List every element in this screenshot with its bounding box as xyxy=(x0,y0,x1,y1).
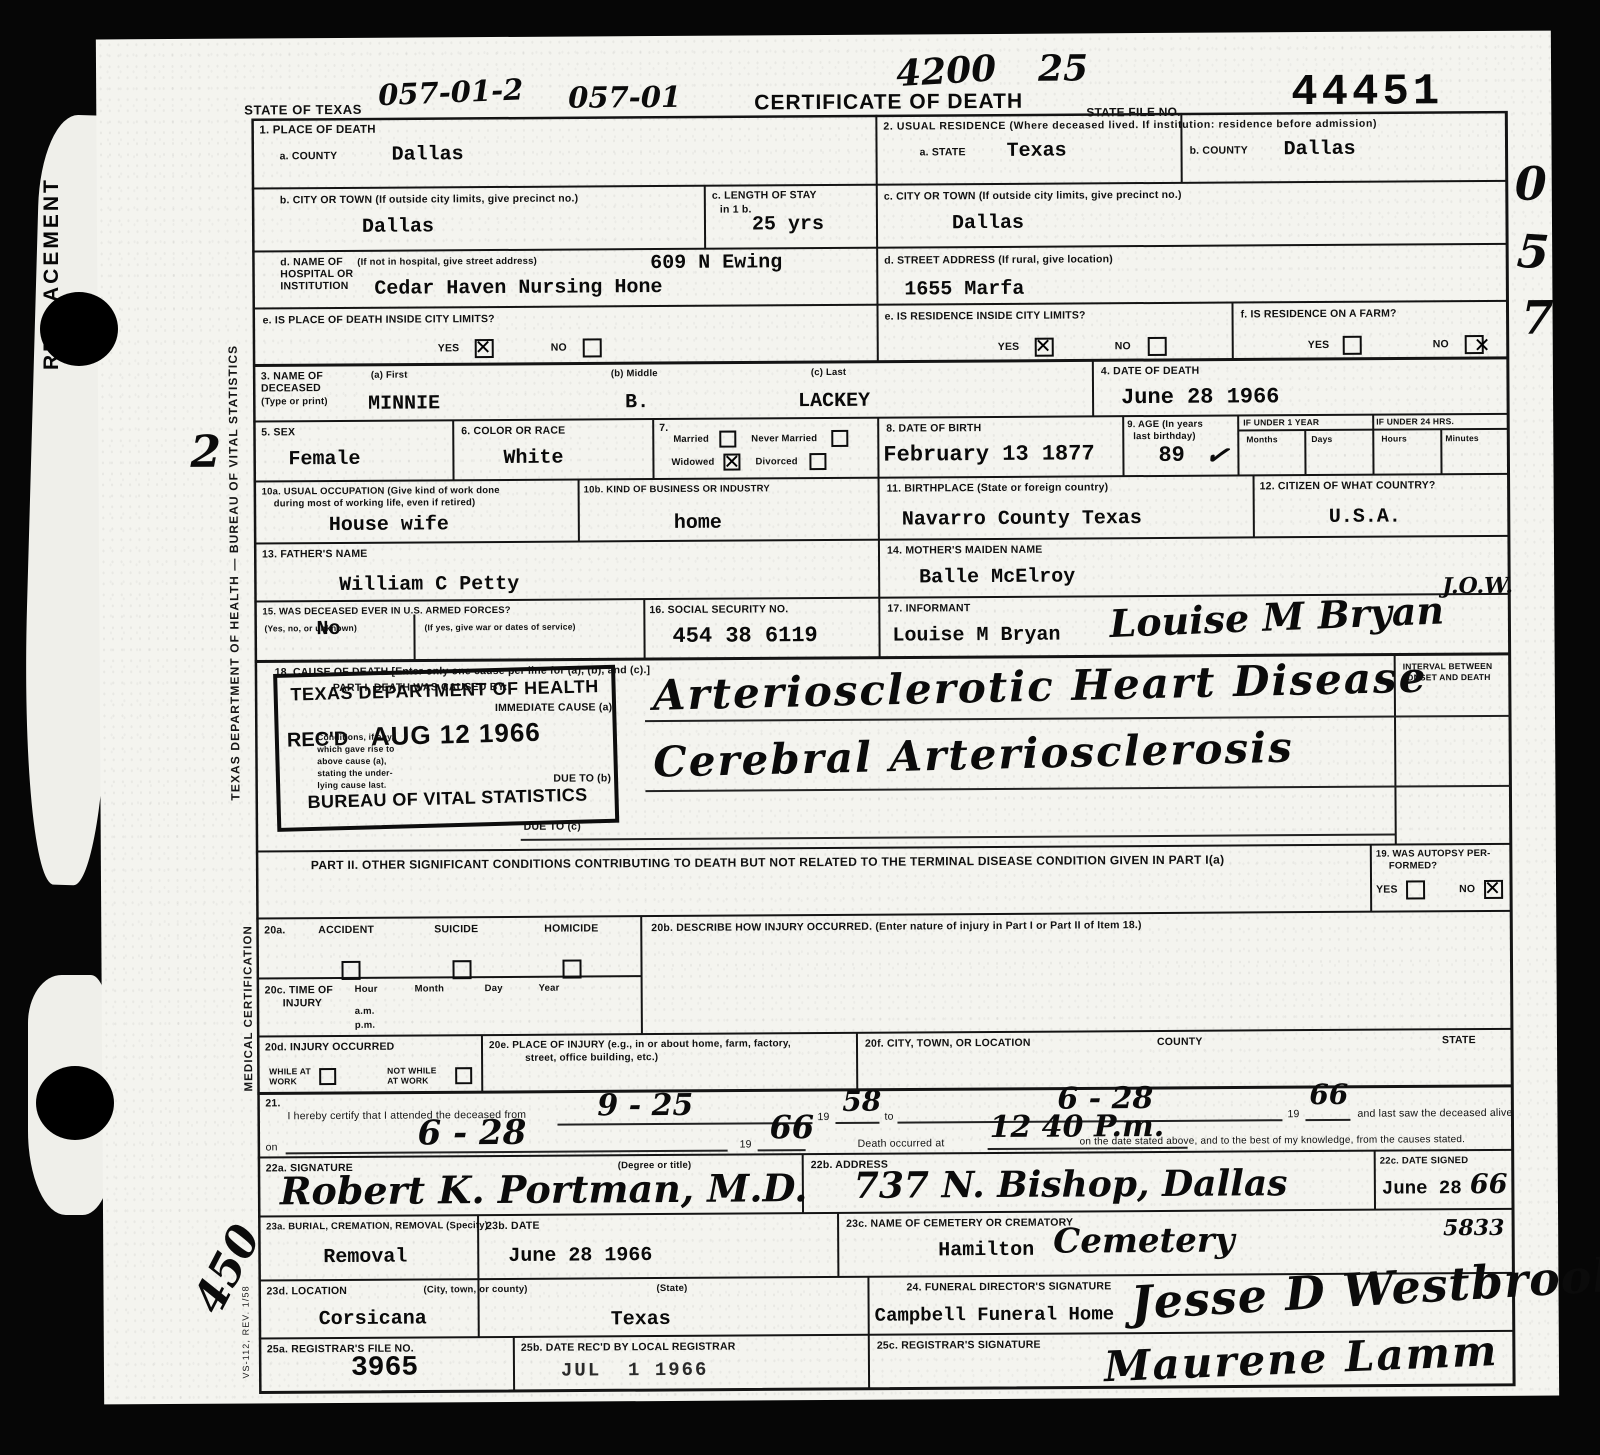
homicide-checkbox xyxy=(562,960,581,979)
handwritten-right-digit-0: 0 xyxy=(1515,157,1547,211)
institution-value: Cedar Haven Nursing Hone xyxy=(374,276,662,301)
funeral-director-label: 24. FUNERAL DIRECTOR'S SIGNATURE xyxy=(906,1280,1111,1293)
residence-limits-no-label: NO xyxy=(1115,340,1131,352)
never-married-checkbox xyxy=(831,430,848,447)
burial-date-value: June 28 1966 xyxy=(508,1244,652,1268)
item-21-label: 21. xyxy=(265,1097,280,1109)
county-value: Dallas xyxy=(391,143,463,166)
item-20c-label-2: INJURY xyxy=(283,997,322,1009)
cemetery-hw-value: Cemetery xyxy=(1053,1221,1235,1262)
certificate-paper: STATE OF TEXAS 057-01-2 057-01 CERTIFICA… xyxy=(96,31,1559,1405)
location-sub-label: (City, town, or county) xyxy=(423,1284,527,1296)
father-label: 13. FATHER'S NAME xyxy=(262,548,368,561)
item-20a-label: 20a. xyxy=(264,924,285,936)
residence-state-label: a. STATE xyxy=(920,146,966,158)
location-value: Corsicana xyxy=(319,1307,427,1331)
year-prefix-3: 19 xyxy=(740,1138,752,1150)
city-label: b. CITY OR TOWN (If outside city limits,… xyxy=(280,193,579,207)
location-state-value: Texas xyxy=(611,1308,671,1331)
place-limits-yes-checkbox xyxy=(475,339,494,358)
while-at-work-label-1: WHILE AT xyxy=(269,1066,311,1076)
divorced-checkbox xyxy=(809,453,826,470)
dob-value: February 13 1877 xyxy=(883,441,1094,467)
months-label: Months xyxy=(1246,434,1277,444)
race-value: White xyxy=(503,447,563,470)
cemetery-typed-value: Hamilton xyxy=(938,1239,1034,1263)
not-while-checkbox xyxy=(455,1067,472,1084)
length-of-stay-value: 25 yrs xyxy=(752,213,824,236)
street-address-label: d. STREET ADDRESS (If rural, give locati… xyxy=(884,253,1113,266)
first-name-label: (a) First xyxy=(371,370,408,381)
pm-label: p.m. xyxy=(355,1020,375,1031)
armed-forces-sub-1: (Yes, no, or unknown) xyxy=(264,623,357,634)
handwritten-right-digit-7: 7 xyxy=(1521,291,1553,345)
residence-county-value: Dallas xyxy=(1283,138,1355,161)
certify-text-2: and last saw the deceased alive xyxy=(1357,1107,1512,1120)
certify-text-3: on the date stated above, and to the bes… xyxy=(1080,1134,1466,1147)
stamp-line-1: TEXAS DEPARTMENT OF HEALTH xyxy=(277,676,611,706)
last-seen-year: 66 xyxy=(769,1108,814,1146)
registrar-file-value: 3965 xyxy=(351,1353,418,1384)
autopsy-no-label: NO xyxy=(1459,883,1475,895)
divorced-label: Divorced xyxy=(755,456,797,467)
item-20e-label-2: street, office building, etc.) xyxy=(525,1052,658,1064)
while-at-work-label-2: WORK xyxy=(269,1076,297,1086)
attended-to-year: 66 xyxy=(1309,1078,1348,1111)
handwritten-right-digit-5: 5 xyxy=(1515,224,1550,280)
race-label: 6. COLOR OR RACE xyxy=(461,425,565,438)
handwritten-top-number-1: 4200 xyxy=(895,47,997,95)
industry-value: home xyxy=(674,512,722,535)
informant-typed-value: Louise M Bryan xyxy=(892,624,1060,648)
year-prefix-2: 19 xyxy=(1287,1108,1299,1120)
date-signed-label: 22c. DATE SIGNED xyxy=(1380,1155,1469,1167)
cemetery-label: 23c. NAME OF CEMETERY OR CREMATORY xyxy=(846,1217,1073,1230)
marital-item-label: 7. xyxy=(659,422,668,434)
on-label: on xyxy=(266,1141,278,1153)
hours-label: Hours xyxy=(1381,433,1407,443)
age-label-2: last birthday) xyxy=(1133,431,1196,442)
physician-address: 737 N. Bishop, Dallas xyxy=(854,1162,1288,1207)
first-name-value: MINNIE xyxy=(368,392,440,415)
department-vertical-label: TEXAS DEPARTMENT OF HEALTH — BUREAU OF V… xyxy=(225,301,242,801)
autopsy-yes-checkbox xyxy=(1406,880,1425,899)
residence-limits-label: e. IS RESIDENCE INSIDE CITY LIMITS? xyxy=(885,309,1086,322)
injury-county-label: COUNTY xyxy=(1157,1036,1203,1048)
date-signed-hw: 66 xyxy=(1470,1169,1508,1200)
institution-label-1: d. NAME OF xyxy=(280,256,343,268)
institution-label-3: INSTITUTION xyxy=(280,280,348,292)
item-20c-label-1: 20c. TIME OF xyxy=(265,984,333,996)
under-1-year-label: IF UNDER 1 YEAR xyxy=(1243,417,1319,427)
autopsy-label-2: FORMED? xyxy=(1389,860,1437,871)
institution-paren: (If not in hospital, give street address… xyxy=(357,256,537,268)
death-occurred-label: Death occurred at xyxy=(858,1137,945,1150)
birthplace-value: Navarro County Texas xyxy=(902,507,1142,531)
widowed-checkbox xyxy=(723,454,740,471)
married-checkbox xyxy=(719,431,736,448)
institution-street-value: 609 N Ewing xyxy=(650,251,782,275)
item-20d-label: 20d. INJURY OCCURRED xyxy=(265,1041,395,1054)
injury-state-label: STATE xyxy=(1442,1034,1476,1046)
middle-name-value: B. xyxy=(625,391,649,414)
funeral-hw-number: 5833 xyxy=(1443,1215,1504,1241)
day-label: Day xyxy=(485,983,503,994)
residence-city-label: c. CITY OR TOWN (If outside city limits,… xyxy=(884,189,1182,203)
length-of-stay-sub: in 1 b. xyxy=(720,203,752,215)
last-name-value: LACKEY xyxy=(798,390,870,413)
date-of-death-value: June 28 1966 xyxy=(1121,384,1280,410)
residence-limits-yes-label: YES xyxy=(998,341,1020,353)
farm-yes-label: YES xyxy=(1308,339,1330,351)
days-label: Days xyxy=(1311,434,1332,444)
informant-label: 17. INFORMANT xyxy=(887,602,970,615)
middle-name-label: (b) Middle xyxy=(611,368,658,379)
ssn-label: 16. SOCIAL SECURITY NO. xyxy=(649,603,788,616)
suicide-checkbox xyxy=(452,960,471,979)
punch-hole-top xyxy=(40,292,118,366)
name-label-1: 3. NAME OF xyxy=(261,370,323,382)
accident-checkbox xyxy=(341,961,360,980)
burial-label: 23a. BURIAL, CREMATION, REMOVAL (Specify… xyxy=(266,1220,488,1232)
under-24-hrs-label: IF UNDER 24 HRS. xyxy=(1376,416,1454,426)
state-sub-label: (State) xyxy=(656,1283,687,1294)
date-signed-typed: June 28 xyxy=(1382,1177,1462,1199)
item-20f-label: 20f. CITY, TOWN, OR LOCATION xyxy=(865,1037,1031,1050)
registrar-recd-label: 25b. DATE REC'D BY LOCAL REGISTRAR xyxy=(521,1341,736,1354)
sex-value: Female xyxy=(288,448,360,471)
place-limits-no-checkbox xyxy=(583,338,602,357)
name-label-3: (Type or print) xyxy=(261,396,328,407)
citizen-value: U.S.A. xyxy=(1329,505,1401,528)
armed-forces-label: 15. WAS DECEASED EVER IN U.S. ARMED FORC… xyxy=(262,605,511,618)
informant-note: J.O.W. xyxy=(1442,573,1513,599)
occupation-label-1: 10a. USUAL OCCUPATION (Give kind of work… xyxy=(262,485,500,497)
armed-forces-sub-2: (If yes, give war or dates of service) xyxy=(424,622,575,633)
item-20e-label-1: 20e. PLACE OF INJURY (e.g., in or about … xyxy=(489,1038,791,1051)
residence-county-label: b. COUNTY xyxy=(1190,144,1248,156)
stamp-recd-label: REC'D xyxy=(287,728,349,753)
am-label: a.m. xyxy=(355,1006,375,1017)
armed-forces-value: No xyxy=(316,618,340,641)
homicide-label: HOMICIDE xyxy=(544,922,598,934)
residence-state-value: Texas xyxy=(1006,140,1066,163)
mother-label: 14. MOTHER'S MAIDEN NAME xyxy=(887,544,1043,557)
burial-date-label: 23b. DATE xyxy=(486,1220,540,1232)
state-of-texas-label: STATE OF TEXAS xyxy=(244,102,362,118)
sex-label: 5. SEX xyxy=(261,426,295,438)
year-label: Year xyxy=(539,983,560,994)
city-value: Dallas xyxy=(362,215,434,238)
attended-from-value: 9 - 25 xyxy=(597,1088,693,1124)
street-address-value: 1655 Marfa xyxy=(904,278,1024,302)
certificate-title: CERTIFICATE OF DEATH xyxy=(754,90,1023,116)
not-while-label-2: AT WORK xyxy=(387,1075,428,1085)
residence-limits-no-checkbox xyxy=(1148,337,1167,356)
stamp-date: AUG 12 1966 xyxy=(370,717,541,753)
place-of-death-title: 1. PLACE OF DEATH xyxy=(259,124,375,137)
autopsy-yes-label: YES xyxy=(1376,884,1398,896)
while-at-work-checkbox xyxy=(319,1068,336,1085)
ssn-value: 454 38 6119 xyxy=(672,623,817,649)
location-label: 23d. LOCATION xyxy=(266,1285,347,1297)
last-seen-date: 6 - 28 xyxy=(417,1113,526,1154)
name-label-2: DECEASED xyxy=(261,382,321,394)
length-of-stay-label: c. LENGTH OF STAY xyxy=(712,189,817,202)
handwritten-margin-2: 2 xyxy=(190,427,221,478)
funeral-home-typed: Campbell Funeral Home xyxy=(875,1303,1115,1326)
scanned-death-certificate: { "document_type": "death-certificate", … xyxy=(0,0,1600,1455)
occupation-value: House wife xyxy=(329,513,449,537)
interval-label-2: ONSET AND DEATH xyxy=(1407,672,1491,683)
stamp-line-3: BUREAU OF VITAL STATISTICS xyxy=(280,784,614,814)
never-married-label: Never Married xyxy=(751,433,817,444)
farm-yes-checkbox xyxy=(1343,336,1362,355)
month-label: Month xyxy=(415,983,445,994)
handwritten-code-2: 057-01 xyxy=(568,80,681,115)
last-name-label: (c) Last xyxy=(811,367,846,378)
medical-certification-vertical-label: MEDICAL CERTIFICATION xyxy=(242,834,256,1092)
interval-label-1: INTERVAL BETWEEN xyxy=(1403,661,1493,672)
minutes-label: Minutes xyxy=(1445,433,1479,443)
suicide-label: SUICIDE xyxy=(434,923,478,935)
industry-label: 10b. KIND OF BUSINESS OR INDUSTRY xyxy=(584,483,770,495)
handwritten-code-1: 057-01-2 xyxy=(378,72,524,112)
certificate-form: 1. PLACE OF DEATH a. COUNTY Dallas 2. US… xyxy=(251,111,1516,1396)
farm-no-label: NO xyxy=(1433,338,1449,350)
age-label-1: 9. AGE (In years xyxy=(1127,419,1203,430)
handwritten-top-number-2: 25 xyxy=(1038,47,1088,89)
to-label: to xyxy=(884,1111,893,1123)
married-label: Married xyxy=(673,434,709,445)
burial-value: Removal xyxy=(323,1246,407,1270)
widowed-label: Widowed xyxy=(671,457,714,468)
registrar-recd-date: JUL 1 1966 xyxy=(561,1359,709,1382)
farm-label: f. IS RESIDENCE ON A FARM? xyxy=(1241,308,1397,321)
age-value: 89 xyxy=(1158,443,1185,468)
residence-city-value: Dallas xyxy=(952,212,1024,235)
year-prefix-1: 19 xyxy=(817,1111,829,1123)
attended-from-year: 58 xyxy=(842,1085,881,1118)
punch-hole-bottom xyxy=(36,1066,114,1140)
autopsy-no-checkbox xyxy=(1484,880,1503,899)
mother-value: Balle McElroy xyxy=(919,565,1075,589)
occupation-label-2: during most of working life, even if ret… xyxy=(274,497,476,509)
place-limits-yes-label: YES xyxy=(438,342,460,354)
citizen-label: 12. CITIZEN OF WHAT COUNTRY? xyxy=(1260,479,1436,492)
not-while-label-1: NOT WHILE xyxy=(387,1065,437,1075)
county-label: a. COUNTY xyxy=(280,150,338,162)
physician-signature: Robert K. Portman, M.D. xyxy=(280,1165,808,1213)
farm-no-checkbox xyxy=(1465,335,1484,354)
birthplace-label: 11. BIRTHPLACE (State or foreign country… xyxy=(887,481,1109,494)
dob-label: 8. DATE OF BIRTH xyxy=(886,422,981,435)
institution-label-2: HOSPITAL OR xyxy=(280,268,353,280)
father-value: William C Petty xyxy=(339,573,519,597)
registrar-signature-label: 25c. REGISTRAR'S SIGNATURE xyxy=(877,1339,1041,1352)
hour-label: Hour xyxy=(355,984,378,995)
accident-label: ACCIDENT xyxy=(318,924,374,936)
date-of-death-label: 4. DATE OF DEATH xyxy=(1101,365,1200,378)
place-limits-no-label: NO xyxy=(551,342,567,354)
autopsy-label-1: 19. WAS AUTOPSY PER- xyxy=(1376,848,1491,860)
received-stamp: TEXAS DEPARTMENT OF HEALTH REC'D AUG 12 … xyxy=(273,665,619,832)
residence-limits-yes-checkbox xyxy=(1035,338,1054,357)
place-limits-label: e. IS PLACE OF DEATH INSIDE CITY LIMITS? xyxy=(263,313,495,326)
